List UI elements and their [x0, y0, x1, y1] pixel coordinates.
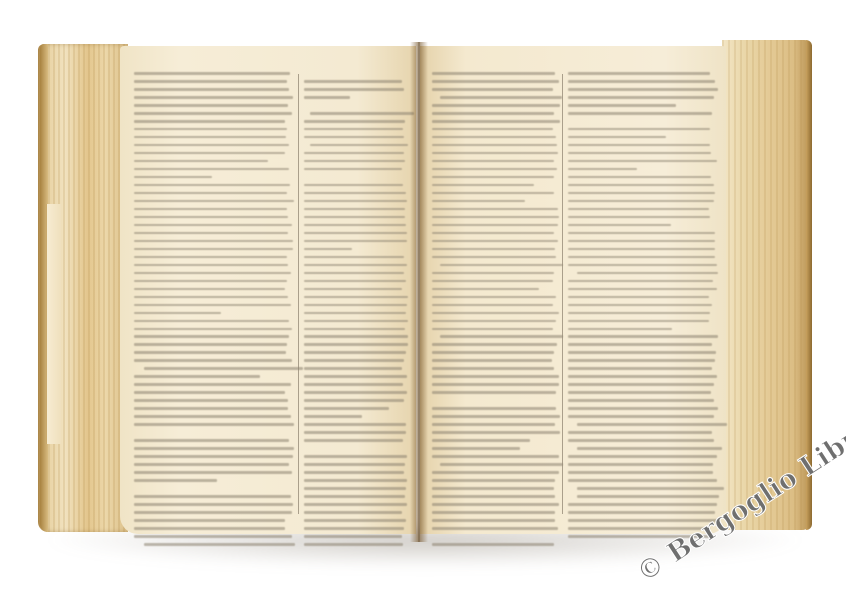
- text-line: [304, 176, 403, 179]
- text-line: [304, 264, 407, 267]
- text-line: [568, 383, 714, 386]
- text-line: [568, 144, 710, 147]
- text-line: [134, 144, 289, 147]
- text-line: [432, 160, 554, 163]
- text-line: [432, 72, 555, 75]
- text-line: [134, 407, 288, 410]
- text-line: [134, 208, 287, 211]
- text-line: [134, 96, 293, 99]
- text-line: [568, 208, 709, 211]
- text-line: [568, 367, 712, 370]
- text-line: [432, 535, 555, 538]
- text-line: [134, 280, 287, 283]
- text-line: [134, 423, 294, 426]
- text-line: [432, 328, 553, 331]
- text-line: [304, 471, 404, 474]
- text-line: [134, 256, 287, 259]
- text-line: [568, 479, 717, 482]
- text-line: [134, 240, 293, 243]
- text-line: [568, 72, 710, 75]
- text-line: [134, 463, 289, 466]
- text-line: [432, 447, 520, 450]
- text-line: [304, 216, 405, 219]
- text-line: [432, 487, 554, 490]
- text-line: [568, 120, 713, 123]
- text-line: [134, 527, 285, 530]
- text-line: [304, 96, 350, 99]
- text-line: [432, 359, 552, 362]
- text-line: [432, 351, 554, 354]
- text-line: [304, 224, 406, 227]
- text-line: [304, 431, 406, 434]
- text-line: [568, 216, 710, 219]
- text-line: [568, 160, 717, 163]
- text-line: [304, 72, 404, 75]
- text-line: [304, 343, 408, 346]
- text-line: [432, 208, 558, 211]
- left-page-column-1: [134, 72, 294, 551]
- text-line: [144, 543, 296, 546]
- text-line: [568, 375, 717, 378]
- text-line: [568, 192, 715, 195]
- column-divider: [298, 74, 299, 514]
- text-line: [568, 503, 717, 506]
- text-line: [432, 184, 534, 187]
- text-line: [134, 168, 289, 171]
- text-line: [134, 479, 217, 482]
- text-line: [432, 503, 559, 506]
- text-line: [432, 256, 556, 259]
- text-line: [432, 216, 559, 219]
- text-line: [568, 511, 715, 514]
- text-line: [134, 200, 294, 203]
- text-line: [304, 152, 404, 155]
- text-line: [432, 104, 560, 107]
- text-line: [304, 208, 405, 211]
- text-line: [577, 447, 722, 450]
- text-line: [568, 256, 715, 259]
- text-line: [568, 232, 715, 235]
- text-line: [568, 96, 714, 99]
- left-page-column-2: [304, 72, 408, 551]
- text-line: [568, 312, 710, 315]
- text-line: [304, 463, 405, 466]
- right-page-column-1: [432, 72, 560, 551]
- text-line: [134, 511, 292, 514]
- text-line: [134, 375, 260, 378]
- text-line: [568, 471, 713, 474]
- text-line: [568, 399, 714, 402]
- text-line: [432, 519, 555, 522]
- text-line: [134, 288, 285, 291]
- text-line: [568, 88, 718, 91]
- text-line: [577, 495, 719, 498]
- text-line: [134, 487, 286, 490]
- text-line: [304, 415, 362, 418]
- text-line: [432, 320, 556, 323]
- text-line: [568, 224, 671, 227]
- text-line: [304, 288, 402, 291]
- text-line: [304, 359, 404, 362]
- text-line: [134, 383, 291, 386]
- text-line: [568, 343, 712, 346]
- text-line: [304, 383, 403, 386]
- text-line: [432, 112, 554, 115]
- text-line: [432, 391, 556, 394]
- text-line: [432, 272, 554, 275]
- text-line: [304, 128, 403, 131]
- text-line: [134, 120, 285, 123]
- text-line: [568, 136, 666, 139]
- text-line: [304, 272, 404, 275]
- text-line: [134, 248, 293, 251]
- text-line: [134, 343, 287, 346]
- text-line: [568, 280, 713, 283]
- text-line: [134, 399, 288, 402]
- text-line: [568, 431, 712, 434]
- text-line: [432, 423, 555, 426]
- text-line: [304, 320, 408, 323]
- text-line: [134, 184, 290, 187]
- text-line: [432, 407, 556, 410]
- text-line: [134, 296, 288, 299]
- text-line: [134, 335, 289, 338]
- text-line: [568, 328, 672, 331]
- text-line: [304, 511, 402, 514]
- text-line: [134, 272, 291, 275]
- text-line: [568, 351, 716, 354]
- text-line: [432, 144, 557, 147]
- text-line: [432, 232, 554, 235]
- text-line: [568, 455, 717, 458]
- text-line: [134, 320, 289, 323]
- text-line: [432, 312, 559, 315]
- text-line: [432, 431, 560, 434]
- text-line: [134, 455, 293, 458]
- text-line: [568, 359, 715, 362]
- text-line: [568, 128, 710, 131]
- text-line: [304, 495, 405, 498]
- text-line: [568, 184, 714, 187]
- text-line: [432, 120, 560, 123]
- text-line: [432, 152, 558, 155]
- text-line: [134, 495, 291, 498]
- text-line: [432, 511, 555, 514]
- text-line: [432, 304, 553, 307]
- text-line: [304, 160, 405, 163]
- text-line: [304, 232, 407, 235]
- text-line: [134, 232, 288, 235]
- text-line: [304, 296, 408, 299]
- text-line: [568, 407, 718, 410]
- text-line: [134, 391, 285, 394]
- text-line: [134, 264, 288, 267]
- text-line: [304, 280, 406, 283]
- text-line: [304, 168, 402, 171]
- text-line: [134, 304, 291, 307]
- text-line: [304, 256, 404, 259]
- text-line: [304, 439, 403, 442]
- text-line: [440, 463, 564, 466]
- text-line: [304, 248, 352, 251]
- text-line: [134, 312, 221, 315]
- text-line: [568, 176, 711, 179]
- text-line: [432, 415, 560, 418]
- text-line: [304, 304, 407, 307]
- text-line: [577, 272, 718, 275]
- text-line: [577, 423, 727, 426]
- text-line: [432, 200, 525, 203]
- text-line: [134, 519, 285, 522]
- book-gutter: [410, 42, 428, 542]
- text-line: [304, 367, 402, 370]
- text-line: [134, 439, 289, 442]
- text-line: [432, 383, 559, 386]
- text-line: [432, 280, 553, 283]
- text-line: [134, 88, 289, 91]
- text-line: [304, 399, 404, 402]
- text-line: [134, 224, 292, 227]
- text-line: [304, 120, 405, 123]
- text-line: [432, 128, 553, 131]
- text-line: [134, 112, 292, 115]
- text-line: [134, 415, 291, 418]
- text-line: [304, 455, 407, 458]
- text-line: [304, 375, 407, 378]
- text-line: [432, 495, 555, 498]
- text-line: [304, 328, 405, 331]
- text-line: [568, 248, 715, 251]
- text-line: [432, 543, 554, 546]
- text-line: [134, 216, 288, 219]
- text-line: [568, 264, 717, 267]
- text-line: [432, 367, 554, 370]
- book-photo: © Bergoglio Libri: [0, 0, 846, 600]
- text-line: [568, 335, 718, 338]
- text-line: [144, 367, 304, 370]
- text-line: [134, 136, 286, 139]
- text-line: [432, 192, 554, 195]
- text-line: [304, 543, 403, 546]
- text-line: [432, 288, 539, 291]
- text-line: [304, 312, 406, 315]
- text-line: [304, 240, 407, 243]
- text-line: [304, 527, 404, 530]
- text-line: [304, 104, 403, 107]
- text-line: [304, 535, 402, 538]
- text-line: [304, 503, 407, 506]
- text-line: [568, 463, 713, 466]
- text-line: [440, 264, 563, 267]
- text-line: [304, 192, 406, 195]
- text-line: [568, 168, 637, 171]
- text-line: [432, 168, 557, 171]
- text-line: [304, 423, 406, 426]
- text-line: [304, 407, 389, 410]
- text-line: [134, 351, 286, 354]
- text-line: [134, 535, 292, 538]
- text-line: [134, 471, 292, 474]
- text-line: [134, 431, 288, 434]
- text-line: [440, 335, 564, 338]
- text-line: [432, 399, 556, 402]
- text-line: [304, 519, 406, 522]
- text-line: [432, 439, 530, 442]
- page-tab: [46, 204, 61, 444]
- text-line: [134, 176, 212, 179]
- text-line: [134, 328, 292, 331]
- text-line: [568, 320, 709, 323]
- text-line: [134, 152, 285, 155]
- text-line: [304, 335, 408, 338]
- text-line: [432, 136, 556, 139]
- text-line: [432, 224, 558, 227]
- text-line: [134, 160, 268, 163]
- text-line: [432, 527, 558, 530]
- text-line: [432, 455, 559, 458]
- text-line: [304, 479, 407, 482]
- text-line: [304, 351, 406, 354]
- text-line: [304, 487, 406, 490]
- left-fore-edge: [38, 44, 128, 532]
- column-divider: [562, 74, 563, 514]
- text-line: [568, 415, 714, 418]
- text-line: [568, 200, 714, 203]
- text-line: [568, 391, 711, 394]
- text-line: [134, 72, 290, 75]
- text-line: [568, 240, 715, 243]
- text-line: [134, 503, 293, 506]
- text-line: [432, 343, 557, 346]
- right-page: [420, 46, 726, 534]
- text-line: [568, 80, 715, 83]
- text-line: [304, 184, 403, 187]
- text-line: [432, 375, 559, 378]
- text-line: [568, 439, 714, 442]
- left-page: [120, 46, 416, 534]
- text-line: [304, 200, 407, 203]
- text-line: [310, 112, 414, 115]
- text-line: [432, 479, 555, 482]
- text-line: [304, 88, 404, 91]
- text-line: [432, 88, 553, 91]
- text-line: [310, 144, 408, 147]
- text-line: [568, 304, 712, 307]
- text-line: [432, 80, 559, 83]
- text-line: [440, 96, 563, 99]
- text-line: [304, 136, 404, 139]
- text-line: [134, 447, 294, 450]
- text-line: [304, 447, 407, 450]
- text-line: [134, 104, 288, 107]
- text-line: [568, 104, 676, 107]
- text-line: [304, 80, 402, 83]
- right-page-column-2: [568, 72, 718, 551]
- text-line: [432, 471, 559, 474]
- text-line: [432, 176, 554, 179]
- text-line: [134, 192, 287, 195]
- text-line: [432, 296, 556, 299]
- text-line: [304, 391, 407, 394]
- text-line: [577, 487, 724, 490]
- text-line: [568, 296, 709, 299]
- text-line: [568, 152, 711, 155]
- text-line: [568, 288, 717, 291]
- text-line: [134, 80, 287, 83]
- text-line: [432, 240, 558, 243]
- text-line: [432, 248, 555, 251]
- text-line: [134, 128, 287, 131]
- text-line: [568, 112, 712, 115]
- text-line: [134, 359, 292, 362]
